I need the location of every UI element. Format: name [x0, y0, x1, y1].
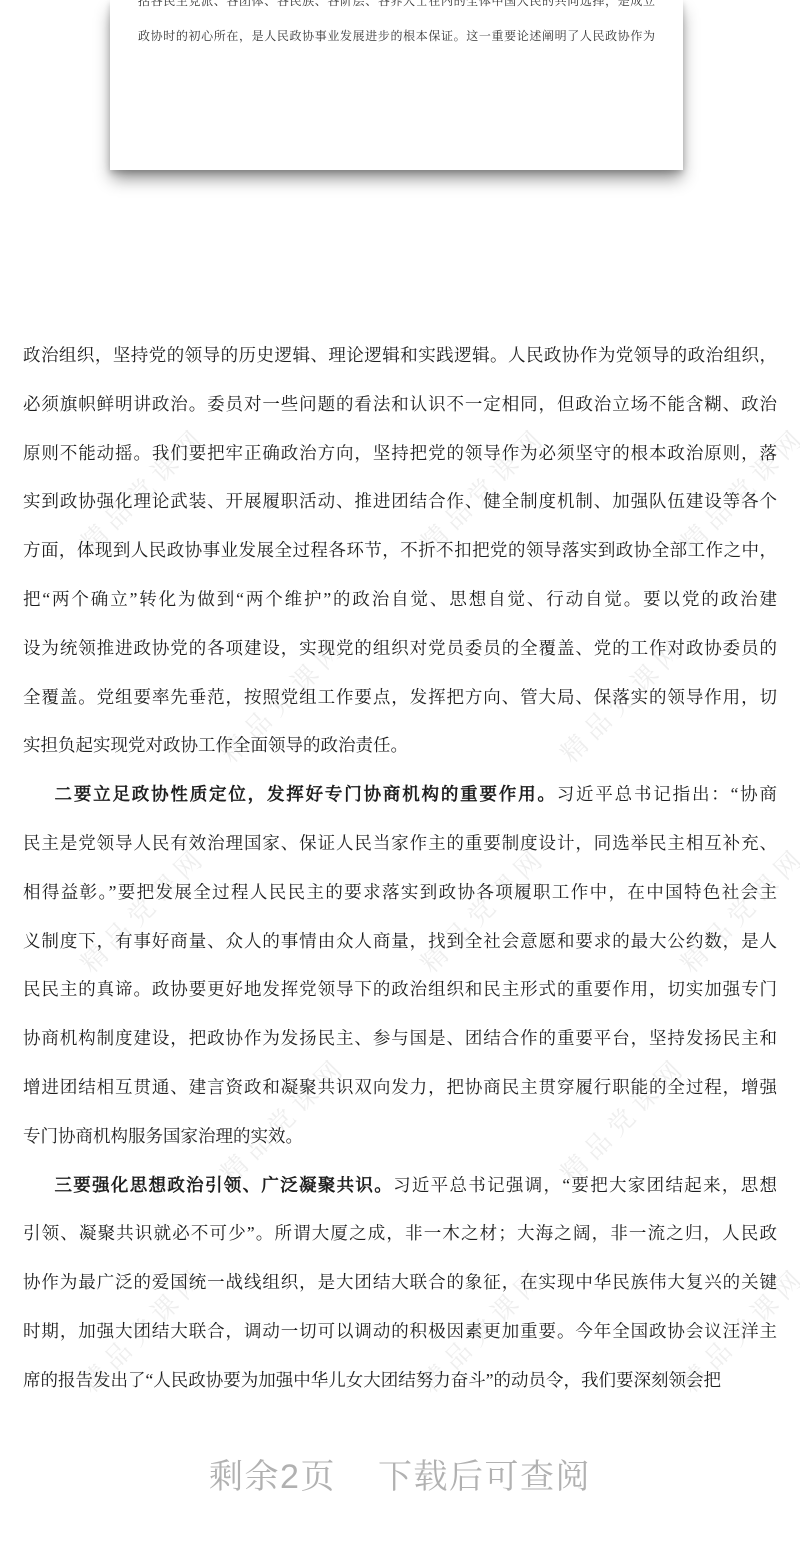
text-line: 民主是党领导人民有效治理国家、保证人民当家作主的重要制度设计，同选举民主相互补充…	[23, 819, 777, 868]
remaining-pages-banner: 剩余2页 下载后可查阅	[0, 1443, 800, 1503]
text-line: 义制度下，有事好商量、众人的事情由众人商量，找到全社会意愿和要求的最大公约数，是…	[23, 917, 777, 966]
remaining-pages-label: 剩余2页	[209, 1449, 336, 1498]
text-line: 时期，加强大团结大联合，调动一切可以调动的积极因素更加重要。今年全国政协会议汪洋…	[23, 1307, 777, 1356]
text-line: 原则不能动摇。我们要把牢正确政治方向，坚持把党的领导作为必须坚守的根本政治原则，…	[23, 429, 777, 478]
text-line: 必须旗帜鲜明讲政治。委员对一些问题的看法和认识不一定相同，但政治立场不能含糊、政…	[23, 380, 777, 429]
text-line: 协作为最广泛的爱国统一战线组织，是大团结大联合的象征，在实现中华民族伟大复兴的关…	[23, 1258, 777, 1307]
text-line: 政治组织，坚持党的领导的历史逻辑、理论逻辑和实践逻辑。人民政协作为党领导的政治组…	[23, 331, 777, 380]
text-line: 把“两个确立”转化为做到“两个维护”的政治自觉、思想自觉、行动自觉。要以党的政治…	[23, 575, 777, 624]
download-hint-label: 下载后可查阅	[378, 1449, 591, 1498]
text-line: 二要立足政协性质定位，发挥好专门协商机构的重要作用。习近平总书记指出：“协商	[23, 770, 777, 819]
paragraph-lead-bold: 三要强化思想政治引领、广泛凝聚共识。	[55, 1175, 394, 1195]
text-line: 实到政协强化理论武装、开展履职活动、推进团结合作、健全制度机制、加强队伍建设等各…	[23, 477, 777, 526]
text-line: 民民主的真谛。政协要更好地发挥党领导下的政治组织和民主形式的重要作用，切实加强专…	[23, 965, 777, 1014]
text-line: 专门协商机构服务国家治理的实效。	[23, 1112, 777, 1161]
text-line: 相得益彰。”要把发展全过程人民民主的要求落实到政协各项履职工作中，在中国特色社会…	[23, 868, 777, 917]
text-line: 协商机构制度建设，把政协作为发扬民主、参与国是、团结合作的重要平台，坚持发扬民主…	[23, 1014, 777, 1063]
page1-preview-card: 括各民主党派、各团体、各民族、各阶层、各界人士在内的全体中国人民的共同选择，是成…	[110, 0, 683, 170]
preview-text-line: 政协时的初心所在，是人民政协事业发展进步的根本保证。这一重要论述阐明了人民政协作…	[138, 19, 655, 54]
page1-text: 括各民主党派、各团体、各民族、各阶层、各界人士在内的全体中国人民的共同选择，是成…	[110, 0, 683, 54]
paragraph-lead-bold: 二要立足政协性质定位，发挥好专门协商机构的重要作用。	[55, 784, 557, 804]
text-line: 实担负起实现党对政协工作全面领导的政治责任。	[23, 721, 777, 770]
text-line: 三要强化思想政治引领、广泛凝聚共识。习近平总书记强调，“要把大家团结起来，思想	[23, 1161, 777, 1210]
text-line: 设为统领推进政协党的各项建设，实现党的组织对党员委员的全覆盖、党的工作对政协委员…	[23, 624, 777, 673]
text-line: 全覆盖。党组要率先垂范，按照党组工作要点，发挥把方向、管大局、保落实的领导作用，…	[23, 673, 777, 722]
text-line: 方面，体现到人民政协事业发展全过程各环节，不折不扣把党的领导落实到政协全部工作之…	[23, 526, 777, 575]
text-line: 席的报告发出了“人民政协要为加强中华儿女大团结努力奋斗”的动员令，我们要深刻领会…	[23, 1356, 777, 1405]
document-body: 政治组织，坚持党的领导的历史逻辑、理论逻辑和实践逻辑。人民政协作为党领导的政治组…	[23, 331, 777, 1405]
preview-text-line: 括各民主党派、各团体、各民族、各阶层、各界人士在内的全体中国人民的共同选择，是成…	[138, 0, 655, 19]
text-line: 引领、凝聚共识就必不可少”。所谓大厦之成，非一木之材；大海之阔，非一流之归，人民…	[23, 1209, 777, 1258]
text-line: 增进团结相互贯通、建言资政和凝聚共识双向发力，把协商民主贯穿履行职能的全过程，增…	[23, 1063, 777, 1112]
